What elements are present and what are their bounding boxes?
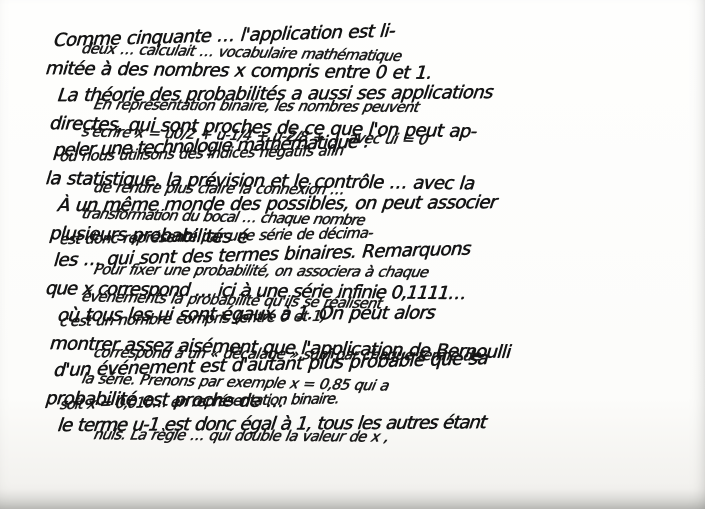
manuscript-line-group: le terme u-1 est donc égal à 1, tous les… <box>48 415 668 443</box>
manuscript-line-group: où tous les ui sont égaux à 1. On peut a… <box>48 305 668 333</box>
manuscript-line-group: mitée à des nombres x compris entre 0 et… <box>48 58 668 86</box>
handwriting-area: Comme cinquante … l'application est li-d… <box>48 30 668 470</box>
manuscript-line-group: Comme cinquante … l'application est li-d… <box>48 30 668 58</box>
manuscript-line-group: probabilité est proche de …soit x = 0,01… <box>48 388 668 416</box>
handwritten-line: mitée à des nombres x compris entre 0 et… <box>45 58 433 84</box>
manuscript-line-group: les … qui sont des termes binaires. Rema… <box>48 250 668 278</box>
manuscript-line-group: d'un événement est d'autant plus probabl… <box>48 360 668 388</box>
manuscript-line-group: La théorie des probabilités a aussi ses … <box>48 85 668 113</box>
scanned-manuscript-page: Comme cinquante … l'application est li-d… <box>0 0 705 509</box>
manuscript-line-group: que x correspond … ici à une série infin… <box>48 278 668 306</box>
manuscript-line-group: À un même monde des possibles, on peut a… <box>48 195 668 223</box>
manuscript-line-group: la statistique, la prévision et le contr… <box>48 168 668 196</box>
handwritten-overlay-line: nuls. La règle … qui double la valeur de… <box>92 427 390 446</box>
manuscript-line-group: peler une technologie mathématique :où n… <box>48 140 668 168</box>
